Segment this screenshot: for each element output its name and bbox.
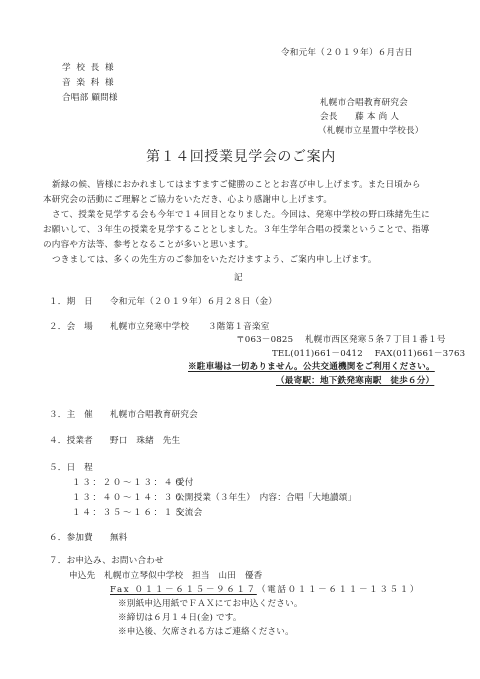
sender-affiliation: （札幌市立星置中学校長） [318,126,424,137]
body-line-5: の内容や方法等、参考となることが多いと思います。 [43,240,253,251]
parking-note: ※駐車場は一切ありません。公共交通機関をご利用ください。 [188,362,435,373]
schedule-time-3: １４：３５～１６：１５ [72,508,184,519]
body-line-1: 新緑の候、皆様におかれましてはますますご健勝のこととお喜び申し上げます。また日頃… [52,180,421,191]
item-venue-label: ２．会 場 [49,322,93,333]
item-date-label: １．期 日 [49,297,93,308]
venue-room: ３階第１音楽室 [208,322,270,333]
sender-name: 会長 藤 本 尚 人 [320,112,399,123]
contact-destination: 申込先 札幌市立琴似中学校 担当 山田 優香 [69,571,262,582]
recipient-music-dept: 音 楽 科 様 [62,78,115,89]
item-teacher-value: 野口 珠緒 先生 [110,436,180,447]
ki-heading: 記 [234,273,243,284]
schedule-time-2: １３：４０～１４：３０ [72,493,184,504]
page-title: 第１４回授業見学会のご案内 [146,148,336,166]
schedule-desc-2: 公開授業（３年生） 内容：合唱「大地讃頌」 [176,493,356,504]
contact-note-2: ※締切は６月１４日(金) です。 [118,613,242,624]
venue-phone-fax: TEL(011)661－0412 FAX(011)661－3763 [272,349,465,360]
recipient-choir-advisor: 合唱部 顧問様 [62,93,118,104]
schedule-desc-1: 受付 [176,478,194,489]
body-line-2: 本研究会の活動にご理解とご協力をいただき、心より感謝申し上げます。 [43,195,332,206]
item-teacher-label: ４．授業者 [49,436,93,447]
body-line-3: さて、授業を見学する会も今年で１４回目となりました。今回は、発寒中学校の野口珠緒… [52,210,430,221]
contact-note-3: ※申込後、欠席される方はご連絡ください。 [118,627,294,638]
item-host-value: 札幌市合唱教育研究会 [110,410,198,421]
item-host-label: ３．主 催 [49,410,93,421]
issue-date: 令和元年（２０１９年）６月吉日 [281,48,413,59]
nearest-station: （最寄駅：地下鉄発寒南駅 徒歩６分） [276,376,434,387]
contact-note-1: ※別紙申込用紙でＦＡＸにてお申込ください。 [118,599,303,610]
sender-org: 札幌市合唱教育研究会 [320,98,408,109]
item-fee-label: ６．参加費 [49,533,93,544]
item-contact-label: ７．お申込み、お問い合わせ [49,556,164,567]
venue-school: 札幌市立発寒中学校 [110,322,189,333]
item-fee-value: 無料 [110,533,128,544]
item-schedule-label: ５．日 程 [49,463,93,474]
schedule-time-1: １３：２０～１３：４０ [72,478,184,489]
contact-fax: Fax ０１１－６１５－９６１７ [110,585,257,596]
body-line-6: つきましては、多くの先生方のご参加をいただけますよう、ご案内申し上げます。 [52,255,377,266]
body-line-4: お願いして、３年生の授業を見学することとしました。３年生学年合唱の授業ということ… [43,225,430,236]
recipient-principal: 学 校 長 様 [62,63,115,74]
schedule-desc-3: 交流会 [176,508,202,519]
venue-address: 〒063－0825 札幌市西区発寒５条７丁目１番１号 [236,335,446,346]
item-date-value: 令和元年（２０１９年）６月２８日（金） [110,297,277,308]
contact-tel: （電話０１１－６１１－１３５１） [257,585,420,596]
